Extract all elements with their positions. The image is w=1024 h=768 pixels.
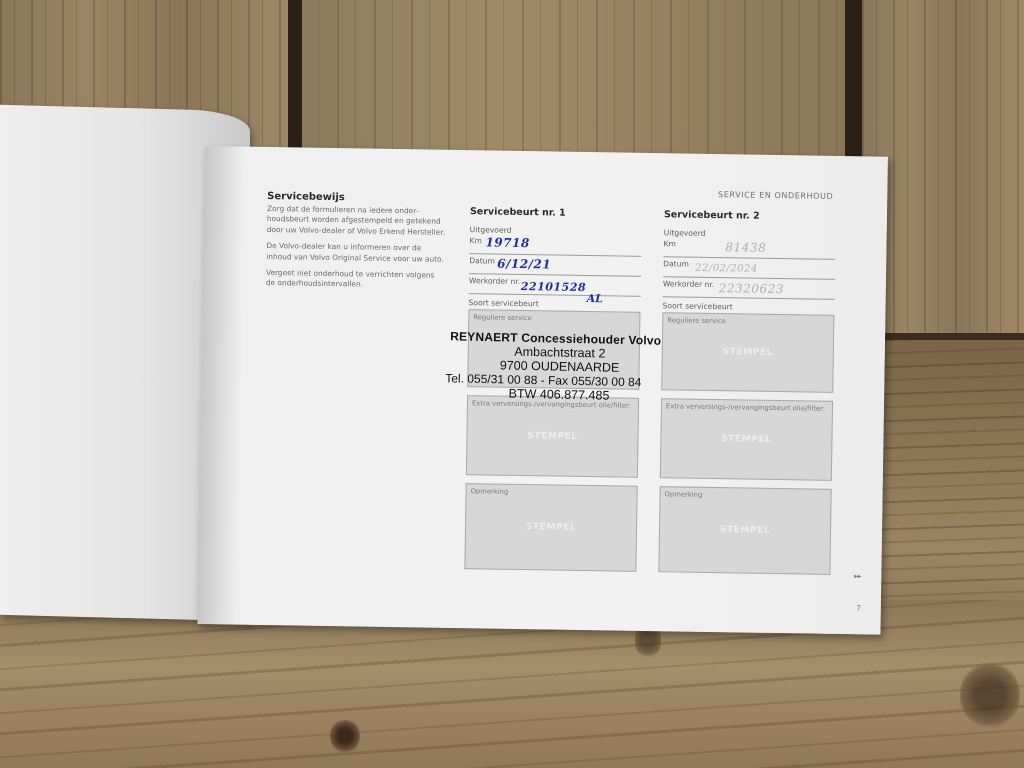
box-label: Opmerking: [471, 487, 509, 496]
extra-oil-filter-stamp-box[interactable]: Extra verversings-/vervangingsbeurt olie…: [660, 398, 833, 481]
km-value: 19718: [485, 235, 529, 250]
intro-paragraph: Zorg dat de formulieren na iedere onder­…: [267, 204, 447, 238]
service-type-label: Soort servicebeurt: [662, 301, 834, 313]
work-order-label: Werkorder nr.: [469, 276, 520, 286]
booklet-right-page: SERVICE EN ONDERHOUD Servicebewijs Zorg …: [197, 146, 887, 635]
technician-initials: AL: [587, 292, 603, 305]
page-number: 7: [856, 604, 861, 612]
service-title: Servicebeurt nr. 1: [470, 206, 642, 220]
service-record-2: Servicebeurt nr. 2 Uitgevoerd Km 81438 D…: [658, 209, 836, 583]
service-title: Servicebeurt nr. 2: [664, 209, 836, 223]
remarks-stamp-box[interactable]: Opmerking STEMPEL: [464, 483, 637, 572]
intro-title: Servicebewijs: [267, 191, 447, 205]
stamp-placeholder: STEMPEL: [466, 521, 636, 534]
km-label: Km: [469, 236, 482, 245]
service-type-text: Soort servicebeurt: [469, 298, 539, 308]
regular-service-stamp-box[interactable]: Reguliere service STEMPEL: [661, 312, 834, 393]
work-order-value: 22101528: [521, 280, 586, 294]
date-label: Datum: [663, 259, 689, 268]
date-value: 22/02/2024: [695, 263, 758, 275]
work-order-label: Werkorder nr.: [663, 279, 714, 289]
next-page-arrow-icon: ▸▸: [854, 572, 861, 580]
plank-gap: [288, 0, 302, 150]
running-head: SERVICE EN ONDERHOUD: [718, 190, 833, 201]
intro-section: Servicebewijs Zorg dat de formulieren na…: [266, 191, 448, 298]
box-label: Reguliere service: [473, 313, 532, 322]
wood-plank: [862, 340, 1024, 640]
work-order-value: 22320623: [719, 281, 784, 296]
wood-knot: [330, 718, 360, 754]
km-field[interactable]: Km 81438: [663, 237, 835, 260]
box-label: Extra verversings-/vervangingsbeurt olie…: [666, 402, 825, 412]
stamp-placeholder: STEMPEL: [663, 346, 833, 359]
service-type-label: Soort servicebeurt AL: [469, 298, 641, 310]
work-order-field[interactable]: Werkorder nr. 22101528: [469, 274, 641, 297]
box-label: Opmerking: [665, 490, 703, 499]
km-value: 81438: [725, 240, 766, 255]
wood-knot: [960, 660, 1020, 730]
stamp-placeholder: STEMPEL: [467, 430, 637, 443]
km-field[interactable]: Km 19718: [469, 234, 641, 257]
box-label: Reguliere service: [667, 316, 726, 325]
stamp-placeholder: STEMPEL: [660, 524, 830, 537]
date-field[interactable]: Datum 6/12/21: [469, 254, 641, 277]
date-value: 6/12/21: [497, 257, 551, 272]
km-label: Km: [663, 239, 676, 248]
page-gutter-shadow: [197, 146, 245, 625]
remarks-stamp-box[interactable]: Opmerking STEMPEL: [658, 486, 831, 575]
work-order-field[interactable]: Werkorder nr. 22320623: [663, 277, 835, 300]
dealer-rubber-stamp: REYNAERT Concessiehouder Volvo Ambachtst…: [449, 329, 670, 404]
intro-paragraph: De Volvo-dealer kan u informeren over de…: [266, 241, 446, 265]
extra-oil-filter-stamp-box[interactable]: Extra verversings-/vervangingsbeurt olie…: [466, 395, 639, 478]
intro-paragraph: Vergeet niet onderhoud te verrichten vol…: [266, 268, 446, 292]
date-label: Datum: [469, 256, 495, 265]
stamp-placeholder: STEMPEL: [661, 433, 831, 446]
date-field[interactable]: Datum 22/02/2024: [663, 257, 835, 280]
